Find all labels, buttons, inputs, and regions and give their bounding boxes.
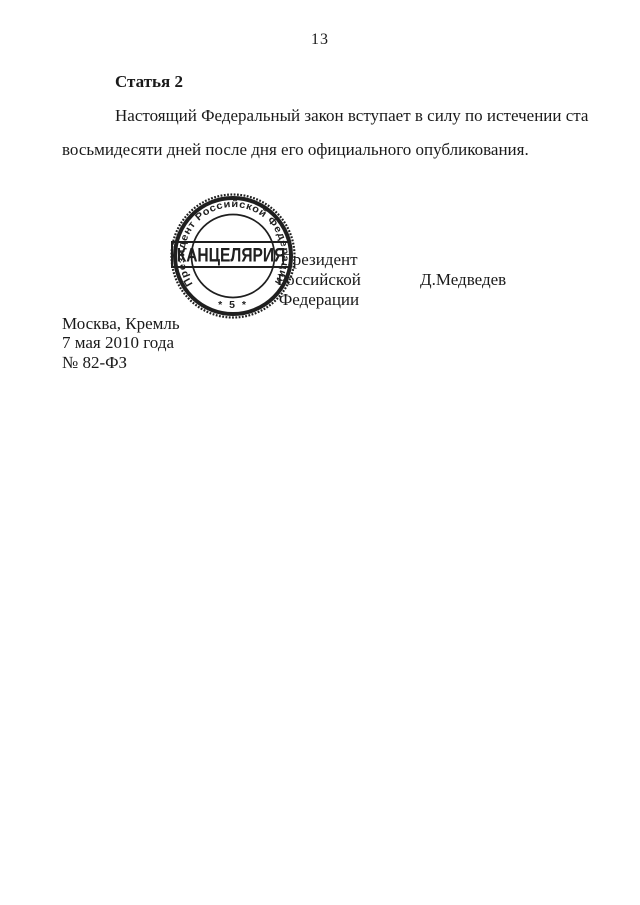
signature-name: Д.Медведев (420, 270, 506, 290)
article-body-line-2: восьмидесяти дней после дня его официаль… (62, 140, 557, 160)
document-page: 13 Статья 2 Настоящий Федеральный закон … (0, 0, 640, 905)
chancellery-stamp: Президент Российской Федерации * 5 * КАН… (166, 192, 300, 324)
article-body-line-1: Настоящий Федеральный закон вступает в с… (62, 106, 557, 126)
footer-date: 7 мая 2010 года (62, 333, 180, 352)
page-number: 13 (0, 31, 640, 49)
footer-law-number: № 82-ФЗ (62, 353, 180, 372)
stamp-center-text: КАНЦЕЛЯРИЯ (177, 244, 286, 266)
stamp-bottom-number: * 5 * (218, 299, 248, 311)
footer-block: Москва, Кремль 7 мая 2010 года № 82-ФЗ (62, 314, 180, 372)
article-heading: Статья 2 (115, 72, 183, 92)
footer-place: Москва, Кремль (62, 314, 180, 333)
